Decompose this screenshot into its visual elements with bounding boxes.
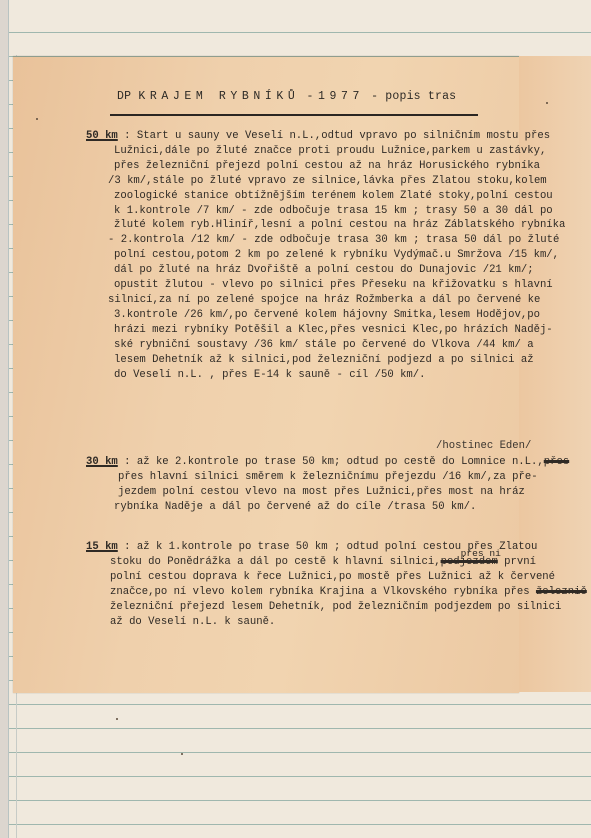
route-line: 30 km : až ke 2.kontrole po trase 50 km;… bbox=[86, 455, 569, 470]
route-line: lesem Dehetník až k silnici,pod železnič… bbox=[114, 353, 565, 368]
route-line: jezdem polní cestou vlevo na most přes L… bbox=[118, 485, 569, 500]
route-line: zoologické stanice obtížnějším terénem k… bbox=[114, 189, 565, 204]
title-subtitle: - popis tras bbox=[371, 90, 456, 103]
route-text: Start u sauny ve Veselí n.L.,odtud vprav… bbox=[137, 130, 550, 142]
route-line: polní cestou,potom 2 km po zelené k rybn… bbox=[114, 248, 565, 263]
route-line: ské rybniční soustavy /36 km/ stále po č… bbox=[114, 338, 565, 353]
title-prefix: DP bbox=[117, 90, 131, 103]
route-line: 15 km : až k 1.kontrole po trase 50 km ;… bbox=[86, 540, 587, 555]
overwritten-text: podjezdempřes ni bbox=[441, 555, 498, 570]
route-label: 30 km bbox=[86, 456, 118, 468]
route-line: dál po žluté na hráz Dvořiště a polní ce… bbox=[114, 263, 565, 278]
paper-speck bbox=[546, 102, 548, 104]
route-50km: 50 km : Start u sauny ve Veselí n.L.,odt… bbox=[86, 129, 565, 382]
route-line: přes železniční přejezd polní cestou až … bbox=[114, 159, 565, 174]
route-line: 50 km : Start u sauny ve Veselí n.L.,odt… bbox=[86, 129, 565, 144]
route-15km: 15 km : až k 1.kontrole po trase 50 km ;… bbox=[86, 540, 587, 629]
route-label: 15 km bbox=[86, 541, 118, 553]
paper-speck bbox=[116, 718, 118, 720]
route-line: 3.kontrole /26 km/,po červené kolem hájo… bbox=[114, 308, 565, 323]
route-label: 50 km bbox=[86, 130, 118, 142]
route-line: Lužnici,dále po žluté značce proti proud… bbox=[114, 144, 565, 159]
route-line: - 2.kontrola /12 km/ - zde odbočuje tras… bbox=[108, 233, 565, 248]
route-line: značce,po ní vlevo kolem rybníka Krajina… bbox=[110, 585, 587, 600]
struck-text: přes bbox=[544, 456, 569, 468]
route-line: žluté kolem ryb.Hliníř,lesní a polní ces… bbox=[114, 218, 565, 233]
route-line: k 1.kontrole /7 km/ - zde odbočuje trasa… bbox=[114, 204, 565, 219]
page-title: DP KRAJEM RYBNÍKŮ -1977 - popis tras bbox=[117, 90, 537, 103]
paper-speck bbox=[181, 753, 183, 755]
correction-text: přes ni bbox=[461, 547, 501, 562]
route-line: polní cestou doprava k řece Lužnici,po m… bbox=[110, 570, 587, 585]
route-line: hrázi mezi rybníky Potěšil a Klec,přes v… bbox=[114, 323, 565, 338]
route-line: do Veselí n.L. , přes E-14 k sauně - cíl… bbox=[114, 368, 565, 383]
route-text: až ke 2.kontrole po trase 50 km; odtud p… bbox=[137, 456, 544, 468]
route-line: přes hlavní silnici směrem k železničním… bbox=[118, 470, 569, 485]
notebook-binding-edge bbox=[0, 0, 9, 838]
title-underline bbox=[110, 114, 478, 116]
route-line: rybníka Naděje a dál po červené až do cí… bbox=[114, 500, 569, 515]
route-line: /3 km/,stále po žluté vpravo ze silnice,… bbox=[108, 174, 565, 189]
title-year: -1977 bbox=[306, 90, 364, 103]
route-line: silnicí,za ní po zelené spojce na hráz R… bbox=[108, 293, 565, 308]
route-line: až do Veselí n.L. k sauně. bbox=[110, 615, 587, 630]
route-line: železniční přejezd lesem Dehetník, pod ž… bbox=[110, 600, 587, 615]
struck-text: železnič bbox=[536, 586, 587, 598]
title-main: KRAJEM RYBNÍKŮ bbox=[138, 90, 299, 103]
paper-speck bbox=[36, 118, 38, 120]
finish-location-note: /hostinec Eden/ bbox=[436, 440, 531, 452]
route-line: stoku do Ponědrážka a dál po cestě k hla… bbox=[110, 555, 587, 570]
route-line: opustit žlutou - vlevo po silnici přes P… bbox=[114, 278, 565, 293]
route-30km: 30 km : až ke 2.kontrole po trase 50 km;… bbox=[86, 455, 569, 515]
